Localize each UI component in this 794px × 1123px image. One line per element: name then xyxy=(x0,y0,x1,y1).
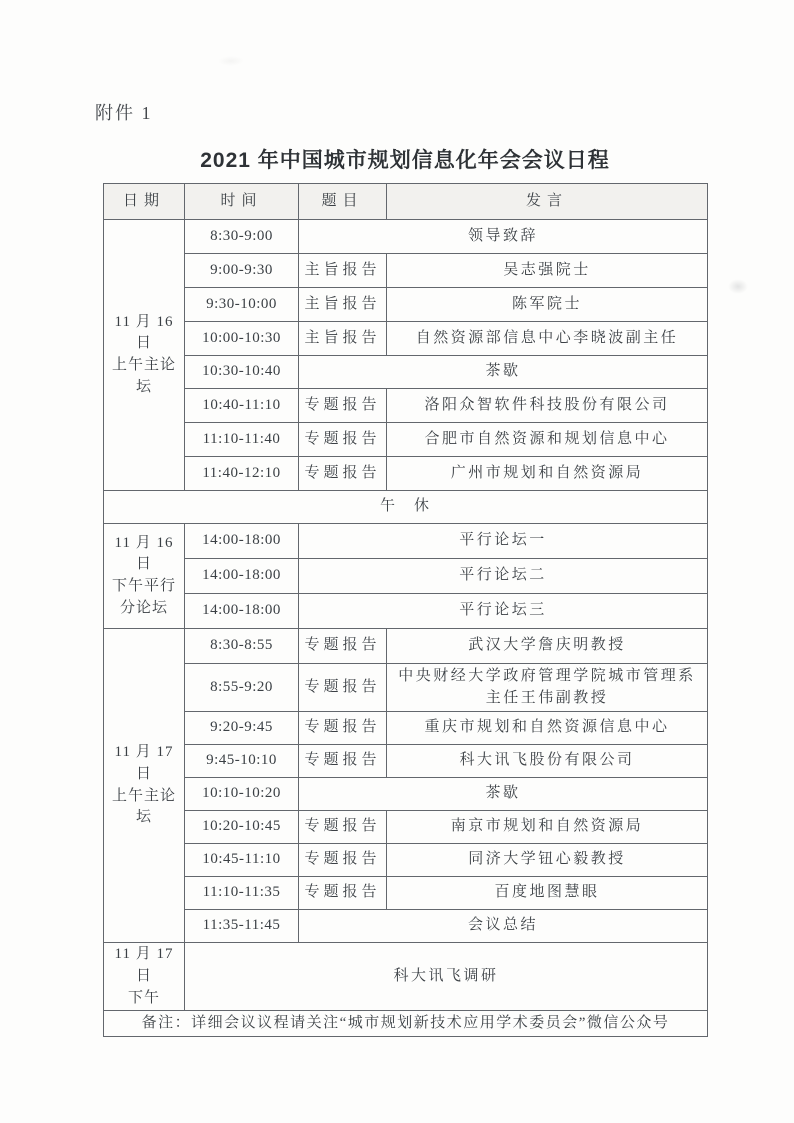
date-cell: 11 月 17 日 下午 xyxy=(104,943,185,1011)
speech-cell: 平行论坛二 xyxy=(299,559,708,594)
table-row: 10:45-11:10 专题报告 同济大学钮心毅教授 xyxy=(104,844,708,877)
speech-cell: 重庆市规划和自然资源信息中心 xyxy=(387,712,708,745)
time-cell: 9:00-9:30 xyxy=(185,254,299,288)
table-row: 11 月 17 日 上午主论 坛 8:30-8:55 专题报告 武汉大学詹庆明教… xyxy=(104,629,708,664)
table-row: 8:55-9:20 专题报告 中央财经大学政府管理学院城市管理系主任王伟副教授 xyxy=(104,664,708,712)
table-row: 9:30-10:00 主旨报告 陈军院士 xyxy=(104,288,708,322)
time-cell: 11:10-11:40 xyxy=(185,423,299,457)
time-cell: 9:20-9:45 xyxy=(185,712,299,745)
speech-cell: 自然资源部信息中心李晓波副主任 xyxy=(387,322,708,356)
date-cell: 11 月 17 日 上午主论 坛 xyxy=(104,629,185,943)
topic-cell: 专题报告 xyxy=(299,844,387,877)
table-row: 9:45-10:10 专题报告 科大讯飞股份有限公司 xyxy=(104,745,708,778)
speech-cell: 合肥市自然资源和规划信息中心 xyxy=(387,423,708,457)
time-cell: 10:40-11:10 xyxy=(185,389,299,423)
speech-cell: 广州市规划和自然资源局 xyxy=(387,457,708,491)
time-cell: 9:45-10:10 xyxy=(185,745,299,778)
page-title: 2021 年中国城市规划信息化年会会议日程 xyxy=(103,144,707,174)
speech-cell: 平行论坛三 xyxy=(299,594,708,629)
header-date: 日期 xyxy=(104,184,185,220)
table-row: 10:20-10:45 专题报告 南京市规划和自然资源局 xyxy=(104,811,708,844)
topic-cell: 专题报告 xyxy=(299,389,387,423)
time-cell: 8:30-9:00 xyxy=(185,220,299,254)
time-cell: 14:00-18:00 xyxy=(185,594,299,629)
header-topic: 题目 xyxy=(299,184,387,220)
topic-cell: 专题报告 xyxy=(299,745,387,778)
speech-cell: 同济大学钮心毅教授 xyxy=(387,844,708,877)
speech-cell: 科大讯飞股份有限公司 xyxy=(387,745,708,778)
topic-cell: 专题报告 xyxy=(299,629,387,664)
table-row: 11:10-11:35 专题报告 百度地图慧眼 xyxy=(104,877,708,910)
speech-cell: 百度地图慧眼 xyxy=(387,877,708,910)
speech-cell: 平行论坛一 xyxy=(299,524,708,559)
topic-cell: 专题报告 xyxy=(299,423,387,457)
table-header-row: 日期 时间 题目 发言 xyxy=(104,184,708,220)
note-cell: 备注：详细会议议程请关注“城市规划新技术应用学术委员会”微信公众号 xyxy=(104,1011,708,1037)
speech-cell: 洛阳众智软件科技股份有限公司 xyxy=(387,389,708,423)
table-row: 10:10-10:20 茶歇 xyxy=(104,778,708,811)
date-cell: 11 月 16 日 下午平行 分论坛 xyxy=(104,524,185,629)
time-cell: 10:00-10:30 xyxy=(185,322,299,356)
topic-cell: 专题报告 xyxy=(299,811,387,844)
table-row: 9:00-9:30 主旨报告 吴志强院士 xyxy=(104,254,708,288)
activity-cell: 科大讯飞调研 xyxy=(185,943,708,1011)
speech-cell: 中央财经大学政府管理学院城市管理系主任王伟副教授 xyxy=(387,664,708,712)
topic-cell: 主旨报告 xyxy=(299,254,387,288)
speech-cell: 领导致辞 xyxy=(299,220,708,254)
header-speech: 发言 xyxy=(387,184,708,220)
scan-smudge xyxy=(218,56,244,66)
speech-cell: 茶歇 xyxy=(299,778,708,811)
table-row: 10:30-10:40 茶歇 xyxy=(104,356,708,389)
speech-cell: 陈军院士 xyxy=(387,288,708,322)
topic-cell: 专题报告 xyxy=(299,457,387,491)
conference-schedule-table: 日期 时间 题目 发言 11 月 16 日 上午主论 坛 8:30-9:00 领… xyxy=(103,183,708,1037)
time-cell: 10:45-11:10 xyxy=(185,844,299,877)
table-row: 10:40-11:10 专题报告 洛阳众智软件科技股份有限公司 xyxy=(104,389,708,423)
table-row: 14:00-18:00 平行论坛三 xyxy=(104,594,708,629)
time-cell: 8:55-9:20 xyxy=(185,664,299,712)
note-row: 备注：详细会议议程请关注“城市规划新技术应用学术委员会”微信公众号 xyxy=(104,1011,708,1037)
table-row: 11 月 17 日 下午 科大讯飞调研 xyxy=(104,943,708,1011)
table-row: 11:40-12:10 专题报告 广州市规划和自然资源局 xyxy=(104,457,708,491)
time-cell: 10:30-10:40 xyxy=(185,356,299,389)
attachment-label: 附件 1 xyxy=(95,99,153,125)
topic-cell: 专题报告 xyxy=(299,877,387,910)
table-row: 9:20-9:45 专题报告 重庆市规划和自然资源信息中心 xyxy=(104,712,708,745)
time-cell: 11:35-11:45 xyxy=(185,910,299,943)
table-row: 11 月 16 日 下午平行 分论坛 14:00-18:00 平行论坛一 xyxy=(104,524,708,559)
speech-cell: 茶歇 xyxy=(299,356,708,389)
scan-smudge xyxy=(728,279,748,294)
table-row: 11:10-11:40 专题报告 合肥市自然资源和规划信息中心 xyxy=(104,423,708,457)
speech-cell: 武汉大学詹庆明教授 xyxy=(387,629,708,664)
topic-cell: 主旨报告 xyxy=(299,322,387,356)
table-row: 10:00-10:30 主旨报告 自然资源部信息中心李晓波副主任 xyxy=(104,322,708,356)
time-cell: 9:30-10:00 xyxy=(185,288,299,322)
speech-cell: 吴志强院士 xyxy=(387,254,708,288)
topic-cell: 专题报告 xyxy=(299,664,387,712)
table-row: 14:00-18:00 平行论坛二 xyxy=(104,559,708,594)
time-cell: 11:40-12:10 xyxy=(185,457,299,491)
time-cell: 10:20-10:45 xyxy=(185,811,299,844)
topic-cell: 专题报告 xyxy=(299,712,387,745)
speech-cell: 南京市规划和自然资源局 xyxy=(387,811,708,844)
time-cell: 14:00-18:00 xyxy=(185,524,299,559)
table-row: 11 月 16 日 上午主论 坛 8:30-9:00 领导致辞 xyxy=(104,220,708,254)
time-cell: 10:10-10:20 xyxy=(185,778,299,811)
date-cell: 11 月 16 日 上午主论 坛 xyxy=(104,220,185,491)
document-page: 附件 1 2021 年中国城市规划信息化年会会议日程 日期 时间 题目 发言 1… xyxy=(0,0,794,1123)
time-cell: 11:10-11:35 xyxy=(185,877,299,910)
speech-cell: 会议总结 xyxy=(299,910,708,943)
time-cell: 14:00-18:00 xyxy=(185,559,299,594)
time-cell: 8:30-8:55 xyxy=(185,629,299,664)
table-row: 11:35-11:45 会议总结 xyxy=(104,910,708,943)
topic-cell: 主旨报告 xyxy=(299,288,387,322)
lunch-break-cell: 午 休 xyxy=(104,491,708,524)
lunch-break-row: 午 休 xyxy=(104,491,708,524)
header-time: 时间 xyxy=(185,184,299,220)
